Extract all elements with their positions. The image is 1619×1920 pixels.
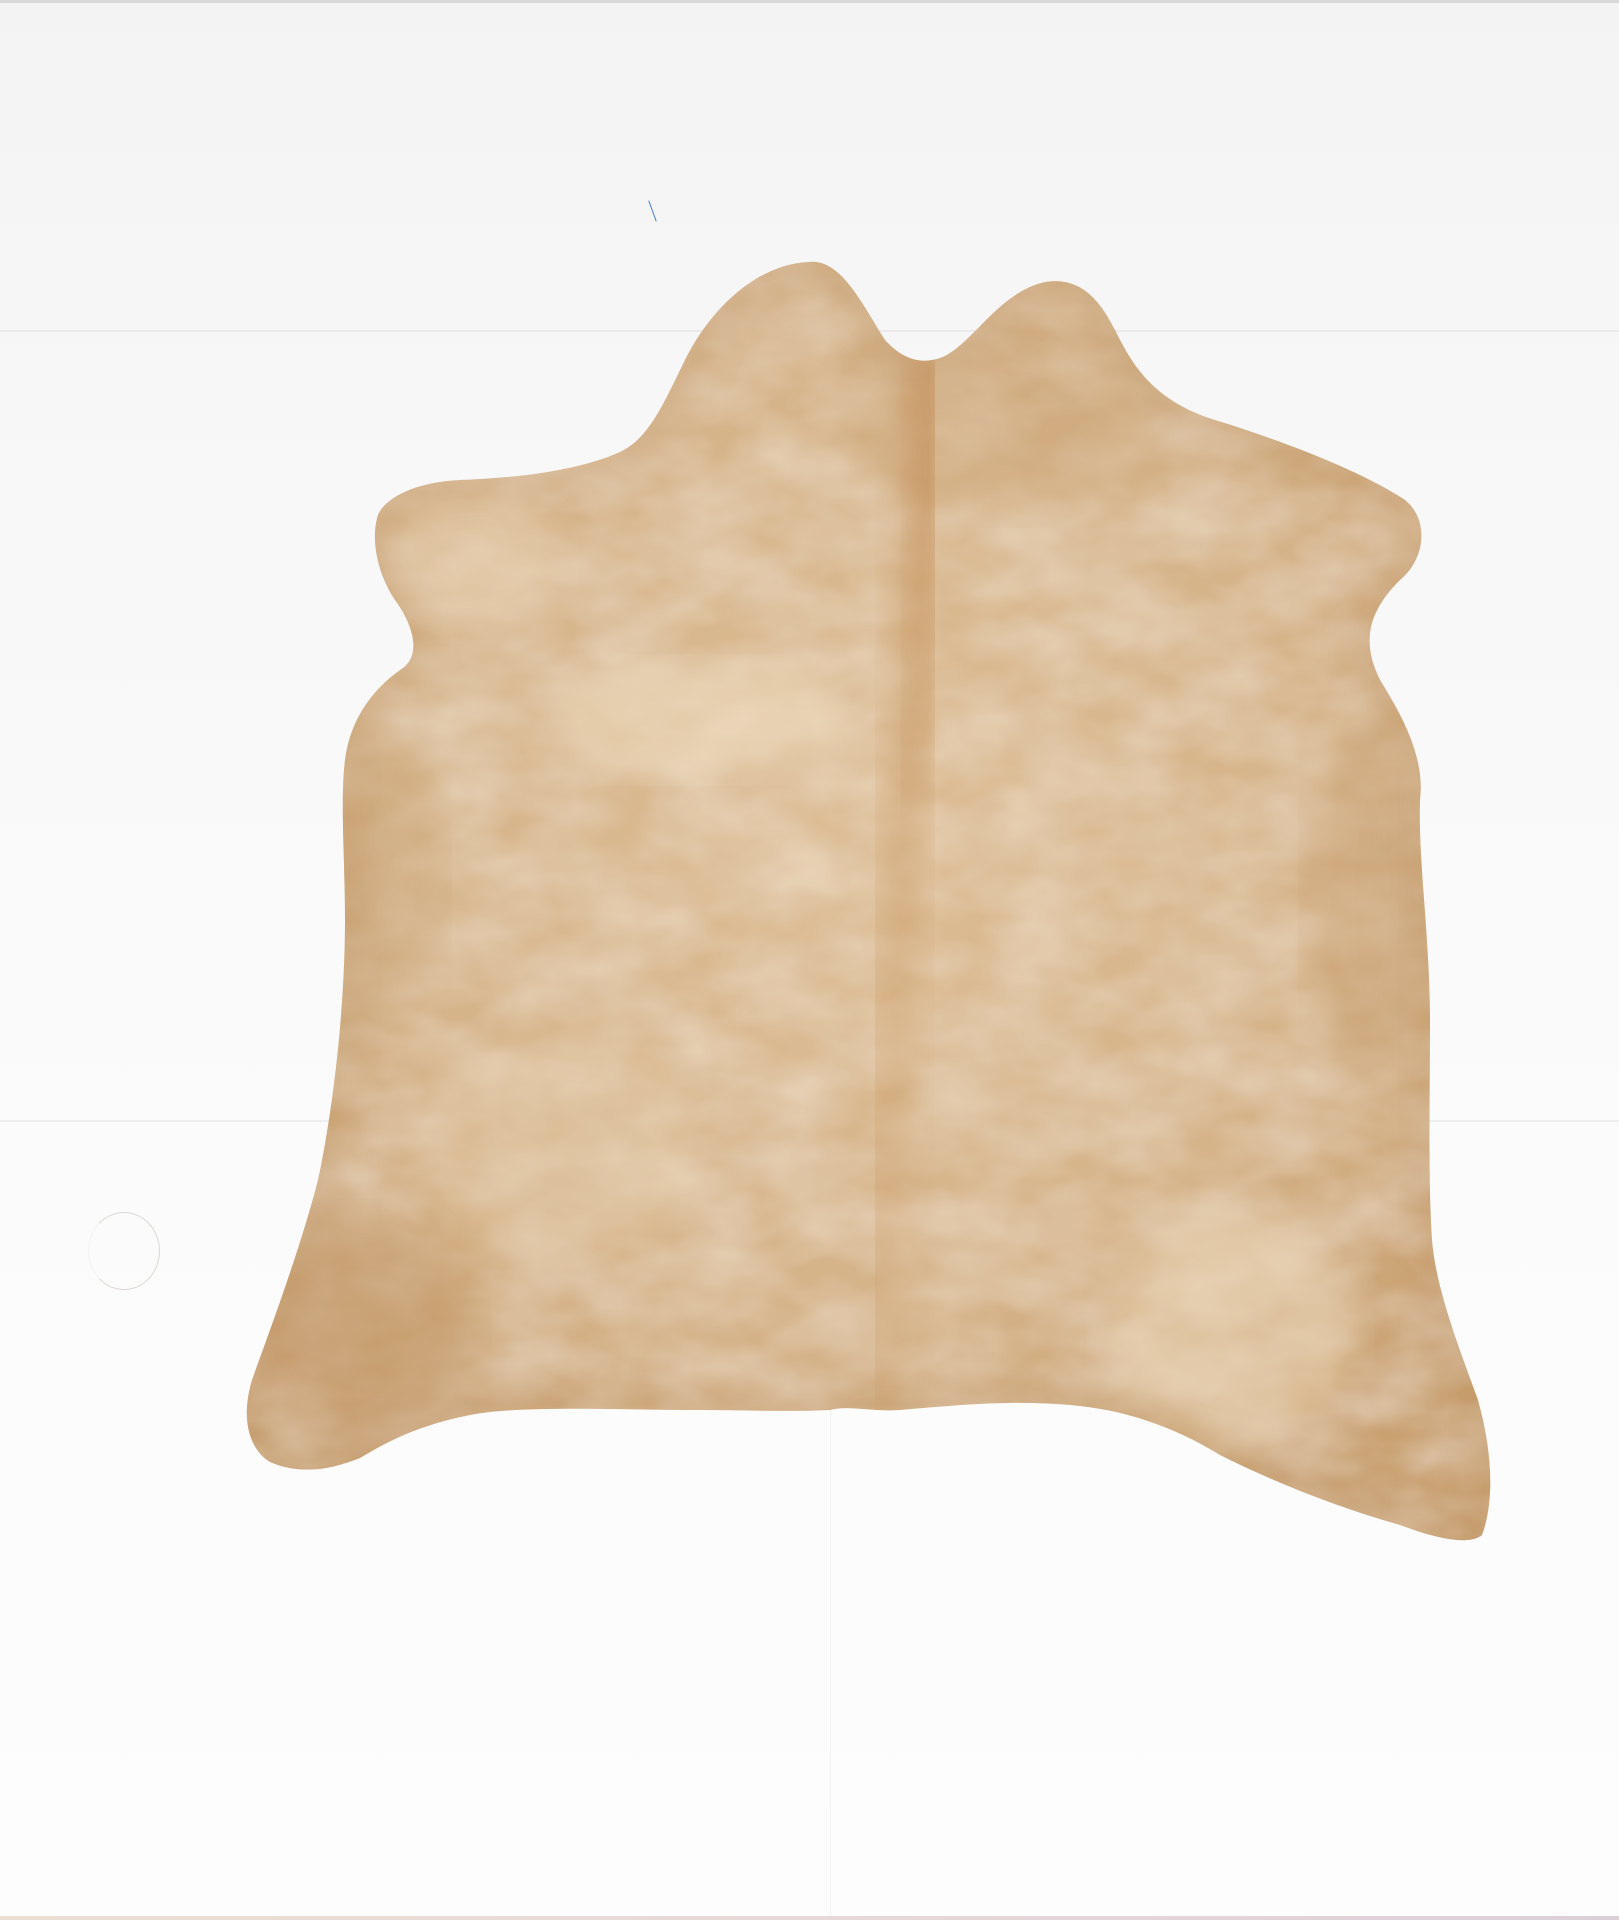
cowhide-rug (0, 0, 1619, 1920)
